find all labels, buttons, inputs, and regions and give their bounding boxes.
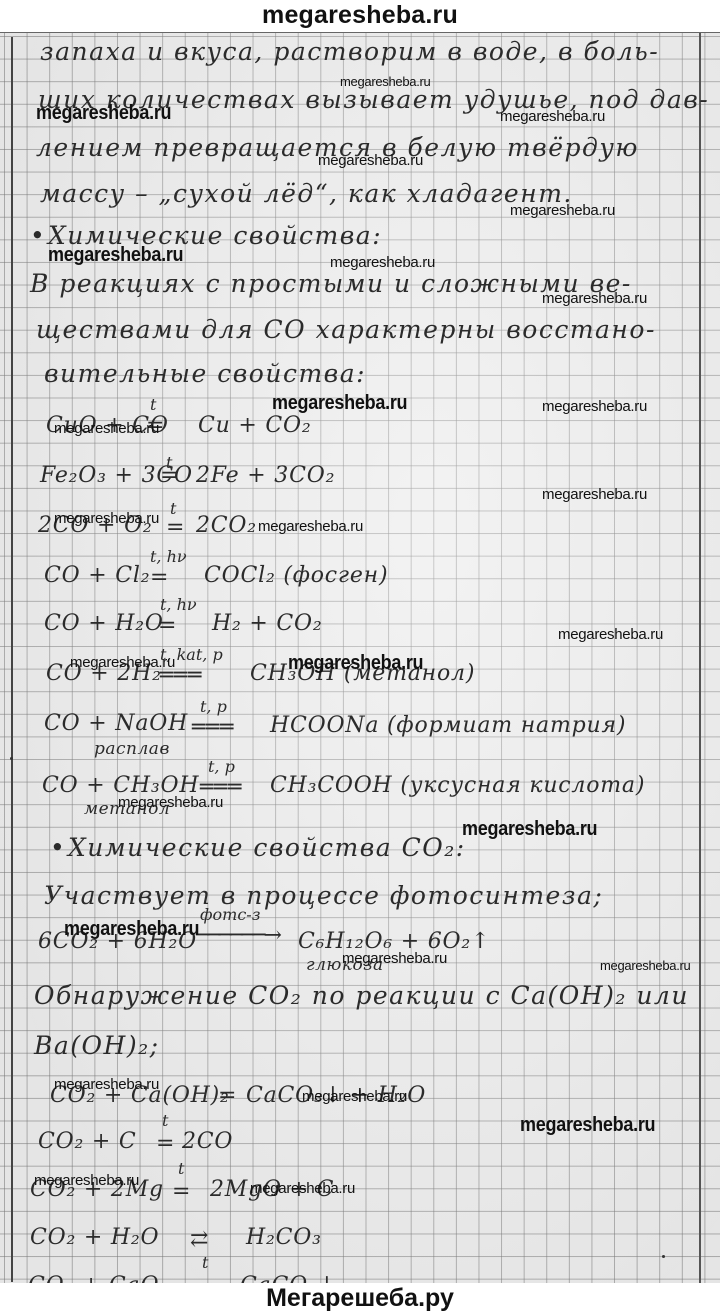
- margin-line-right: [699, 33, 701, 1284]
- watermark: megaresheba.ru: [258, 518, 363, 535]
- margin-line-left: [11, 37, 13, 1282]
- text-line: Ba(OH)₂;: [34, 1031, 160, 1060]
- text-line: массу – „сухой лёд“, как хладагент.: [40, 179, 573, 208]
- watermark: megaresheba.ru: [64, 918, 199, 941]
- watermark: megaresheba.ru: [118, 794, 223, 811]
- section-heading-co2: Химические свойства CO₂:: [68, 833, 466, 862]
- site-header: megaresheba.ru: [0, 0, 720, 32]
- watermark: megaresheba.ru: [340, 74, 430, 89]
- watermark: megaresheba.ru: [36, 102, 171, 125]
- watermark: megaresheba.ru: [34, 1172, 139, 1189]
- text-line: запаха и вкуса, растворим в воде, в боль…: [40, 37, 659, 66]
- watermark: megaresheba.ru: [318, 152, 423, 169]
- watermark: megaresheba.ru: [542, 290, 647, 307]
- arrow-icon: ──────→: [196, 923, 280, 948]
- watermark: megaresheba.ru: [48, 244, 183, 267]
- text-line: вительные свойства:: [44, 359, 366, 388]
- stray-mark: [10, 757, 13, 760]
- watermark: megaresheba.ru: [462, 818, 597, 841]
- watermark: megaresheba.ru: [342, 950, 447, 967]
- watermark: megaresheba.ru: [54, 510, 159, 527]
- watermark: megaresheba.ru: [500, 108, 605, 125]
- stray-mark: [662, 1255, 665, 1258]
- watermark: megaresheba.ru: [542, 398, 647, 415]
- text-line: Обнаружение CO₂ по реакции с Ca(OH)₂ или: [34, 981, 689, 1010]
- watermark: megaresheba.ru: [600, 958, 690, 973]
- watermark: megaresheba.ru: [520, 1114, 655, 1137]
- watermark: megaresheba.ru: [542, 486, 647, 503]
- watermark: megaresheba.ru: [510, 202, 615, 219]
- watermark: megaresheba.ru: [70, 654, 175, 671]
- watermark: megaresheba.ru: [272, 392, 407, 415]
- watermark: megaresheba.ru: [330, 254, 435, 271]
- watermark: megaresheba.ru: [54, 420, 159, 437]
- watermark: megaresheba.ru: [558, 626, 663, 643]
- text-line: Участвует в процессе фотосинтеза;: [44, 881, 603, 910]
- watermark: megaresheba.ru: [288, 652, 423, 675]
- text-line: ществами для CO характерны восстано-: [36, 315, 656, 344]
- site-name-cyrillic[interactable]: Мегарешеба.ру: [266, 1284, 454, 1312]
- watermark: megaresheba.ru: [302, 1088, 407, 1105]
- site-footer: Мегарешеба.ру: [0, 1283, 720, 1315]
- watermark: megaresheba.ru: [250, 1180, 355, 1197]
- watermark: megaresheba.ru: [54, 1076, 159, 1093]
- site-name[interactable]: megaresheba.ru: [262, 1, 458, 29]
